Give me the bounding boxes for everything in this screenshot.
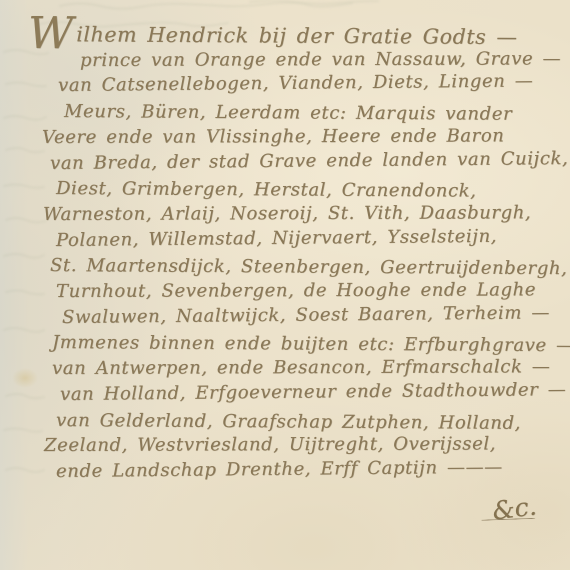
manuscript-line-12: Swaluwen, Naaltwijck, Soest Baaren, Terh… bbox=[62, 300, 560, 330]
paper-stain bbox=[12, 368, 38, 388]
manuscript-line-9: Polanen, Willemstad, Nijervaert, Ysselst… bbox=[56, 223, 560, 254]
drop-cap-initial: W bbox=[28, 29, 73, 39]
manuscript-line-3: van Catsenellebogen, Vianden, Diets, Lin… bbox=[58, 69, 560, 100]
line-text: ilhem Hendrick bij der Gratie Godts — bbox=[76, 22, 517, 49]
etc-flourish-paraph: &c. bbox=[490, 491, 537, 521]
manuscript-text: Wilhem Hendrick bij der Gratie Godts — p… bbox=[38, 22, 560, 485]
manuscript-page: Wilhem Hendrick bij der Gratie Godts — p… bbox=[0, 0, 570, 570]
manuscript-line-18: ende Landschap Drenthe, Erff Captijn ——— bbox=[56, 454, 560, 485]
manuscript-line-6: van Breda, der stad Grave ende landen va… bbox=[50, 146, 560, 177]
manuscript-line-15: van Holland, Erfgoeverneur ende Stadthou… bbox=[60, 377, 560, 408]
